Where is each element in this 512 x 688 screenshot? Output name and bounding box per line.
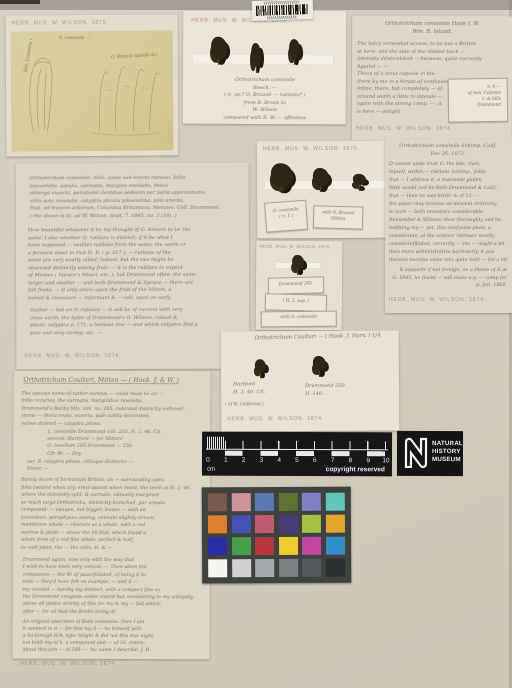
sketch-panel: HERB. MUS. W. WILSON. 1875. O. consimile… (6, 14, 179, 156)
text-line: intensity denticulated — because, quite … (357, 56, 507, 64)
text-line: Drummond 265. (271, 280, 321, 287)
nhm-logo-text: NATURALHISTORYMUSEUM (432, 440, 463, 464)
letter-var-line: var. B. calyptra pilosa, ciliisque disti… (27, 459, 203, 474)
moss-specimen (313, 168, 329, 186)
barcode-text-smudge (267, 15, 297, 19)
text-line: Orthotrichum consimile Hook f. W. (366, 21, 498, 29)
color-patch (208, 493, 227, 511)
text-line: Remember & Wilsoni: then thoroughly and … (389, 217, 509, 225)
herbarium-stamp: HERB. MUS. W. WILSON. 1875. (259, 244, 331, 250)
text-line: ( the above in lit. ad W. Wilson, Sept. … (30, 212, 236, 220)
pasted-label: with O. consimile (261, 311, 337, 328)
color-checker-row (208, 537, 345, 555)
note-heading: Orthotrichum consimile Schimp. Calif.Dec… (389, 143, 507, 158)
text-line: to both — both immature considerable. (389, 209, 509, 217)
color-patch (232, 537, 251, 555)
letter-closing: An original specimen of Both consimile: … (23, 619, 205, 655)
text-line: Orthotrichum Coulteri, Mitten — ( Hook. … (23, 377, 203, 386)
text-line: ( H. 2. sup. ) (268, 297, 324, 304)
letter-paragraph: Drummond again, now only with the way th… (23, 557, 205, 617)
pasted-label: O. consimile( n. 1 ) (264, 200, 308, 233)
text-line: var. B. calyptra pilosa, ciliisque disti… (27, 459, 203, 467)
text-line: humid & immature — informant & — cell, u… (28, 294, 238, 302)
letter-paragraph: Gather — but an O. rutilans — it will be… (30, 307, 236, 338)
text-line: Wm. R. Island. (366, 28, 498, 36)
color-checker-row (208, 515, 345, 533)
text-line: befitting my — yet, filia confusion plan… (389, 225, 509, 233)
color-patch (231, 515, 250, 533)
text-line: stems — theca ovata, exserta, pale subtl… (21, 413, 205, 421)
color-checker-row (208, 493, 345, 511)
color-patch (208, 515, 227, 533)
text-line: O. tenellum 265 Drummond — 250. (47, 443, 203, 451)
card-annotation: ( of W. California ) (225, 401, 291, 407)
text-line: that — I address it, a maximale glafen (389, 177, 509, 185)
moss-specimen (251, 43, 261, 67)
color-patch (255, 559, 274, 577)
color-patch (255, 515, 274, 533)
ruler-number: 1 (218, 457, 234, 464)
color-patch (325, 515, 344, 533)
label-text: with O. BrauniiMitten (316, 209, 360, 222)
nhm-n-icon (402, 436, 430, 470)
moss-specimen (211, 37, 227, 59)
text-line: HISTORY (432, 448, 463, 456)
text-line: oblonga exserta, peristomii dentibus sed… (30, 190, 236, 198)
ruler-number: 0 (200, 457, 216, 464)
ruler-number: 5 (289, 457, 305, 464)
text-line: Drummond (453, 102, 501, 109)
text-line: Orthotrichum consimile Schimp. Calif. (389, 143, 507, 151)
text-line: pale and very strong; etc. — (30, 329, 236, 337)
text-line: MUSEUM (432, 456, 463, 464)
moss-specimen (255, 359, 266, 372)
ruler-number: 4 (271, 457, 287, 464)
label-text: Drummond 265. (271, 280, 321, 287)
moss-specimen (271, 163, 293, 187)
text-line: p. Jan. 1868. (391, 282, 507, 290)
note-signature: It supports if not foreign, on a theme o… (391, 267, 507, 290)
color-patch (255, 493, 274, 511)
pasted-label: with O. BrauniiMitten (313, 205, 364, 229)
pasted-label: n. 4 —of mm. Calamis1. & billsDrummond (448, 78, 509, 123)
ruler-number: 8 (342, 457, 358, 464)
herbarium-sheet-scan: HERB. MUS. W. WILSON. 1875. O. consimile… (0, 0, 512, 688)
scan-edge-smudge (0, 0, 40, 4)
text-line: the paper may itensive an descent distin… (389, 201, 509, 209)
herbarium-stamp: HERB. MUS. W. WILSON. 1875. (263, 146, 360, 153)
text-line: membrane whole — obscure as a whole, wit… (21, 522, 205, 530)
pasted-label: ( H. 2. sup. ) (265, 293, 327, 312)
ruler-number: 3 (253, 457, 269, 464)
herbarium-stamp: HERB. MUS. W. WILSON. 1874. (389, 297, 486, 303)
specimen-card-wide: Orthotrichum Coulteri — ( Hook. f. Harv.… (221, 331, 400, 432)
text-line: Cfr. Br. — Dry. (47, 450, 203, 458)
ruler-number: 10 (378, 457, 394, 464)
text-line: note — they'd have felt on example, — an… (23, 579, 205, 587)
text-line: considerate, at the orators' intimate mo… (389, 233, 509, 241)
ruler-number: 6 (307, 457, 323, 464)
text-line: O. 1845, he found — will make a p. — com… (391, 275, 507, 283)
text-line: that — than he was brick! & of 13. — (389, 193, 509, 201)
color-patch (302, 559, 321, 577)
moss-specimen (292, 255, 304, 269)
pencil-sketch (11, 30, 174, 151)
text-line: where the distinctly split, & carinate, … (21, 492, 205, 500)
ruler-unit-label: cm (207, 466, 215, 473)
card-annotation: Orthotrichum consimileBeech. —( n. sp.? … (199, 77, 331, 123)
herbarium-stamp: HERB. MUS. W. WILSON. 1874. (227, 416, 324, 423)
text-line: considerefillated, correctly — the — mig… (389, 241, 509, 249)
text-line: myself, within — rutilans Schimp., folii… (389, 169, 509, 177)
barcode (256, 4, 308, 16)
specimen-card-top: HERB. MUS. W. WILSON. 1875. Orthotrichum… (183, 11, 347, 125)
herbarium-stamp: HERB. MUS. W. WILSON. 1874. (24, 353, 121, 359)
color-patch (326, 559, 345, 577)
text-line: thereon become some into quite both — fo… (389, 257, 509, 265)
herbarium-stamp: HERB. MUS. W. WILSON. 1874. (356, 126, 453, 132)
text-line: H. 140. (305, 390, 377, 398)
letter-left: Orthotrichum consimile, mihi: caule sub-… (16, 163, 250, 370)
letter-heading: Orthotrichum Coulteri, Mitten — ( Hook. … (23, 377, 203, 386)
text-line: with O. consimile (264, 314, 334, 321)
color-patch (326, 537, 345, 555)
text-line: Descr. — (27, 466, 203, 474)
color-patch (302, 515, 321, 533)
text-line: H. 2. 46. CS. (233, 389, 295, 397)
herbarium-stamp: HERB. MUS. W. WILSON. 1875. (12, 20, 109, 27)
color-patch (278, 515, 297, 533)
color-checker-row (208, 559, 345, 577)
card-annotation: HartfordH. 2. 46. CS. (233, 381, 295, 396)
note-body: O cannot quite trust O. the late, then,m… (389, 161, 509, 265)
color-patch (278, 493, 297, 511)
text-line: whole form of a red fine whole, perfect … (21, 537, 205, 545)
text-line: then more administrative barristerly, it… (389, 249, 509, 257)
moss-specimen (289, 39, 300, 59)
ruler-number: 2 (236, 457, 252, 464)
copyright-text: copyright reserved (326, 466, 385, 473)
scale-bar: 012345678910 cm copyright reserved (202, 432, 392, 477)
text-line: compared with R. W. — affinities (199, 114, 331, 122)
ruler-numbers: 012345678910 (200, 457, 394, 465)
color-patch (208, 537, 227, 555)
color-patch (302, 537, 321, 555)
text-line: Dec 26. 1872. (389, 151, 507, 159)
color-checker-chart (202, 487, 351, 583)
ruler-blocks (207, 450, 385, 456)
letter-indent-block: 1. consimile Drummond coll. 265, H. 2. 4… (47, 429, 203, 458)
color-patch (208, 559, 227, 577)
color-patch (231, 493, 250, 511)
text-line: Hab. ad truncos arborum, Columbia Britan… (30, 205, 236, 213)
note-top-right: Orthotrichum consimile Hook f. W.Wm. R. … (352, 16, 512, 142)
letter-bottom: Orthotrichum Coulteri, Mitten — ( Hook. … (12, 371, 210, 660)
label-text: O. consimile( n. 1 ) (268, 206, 305, 221)
text-line: about this join — of 268. — his name I d… (23, 647, 205, 655)
color-patch (325, 493, 344, 511)
specimen-card-mid: HERB. MUS. W. WILSON. 1875. O. consimile… (257, 141, 397, 239)
text-line: ( of W. California ) (225, 401, 291, 407)
sketch-caption-top: O. consimile — (59, 35, 129, 41)
ruler-number: 7 (325, 457, 341, 464)
color-patch (255, 537, 274, 555)
pasted-label: Drummond 265. (268, 276, 324, 295)
letter-paragraph: The species name of rather curious — cou… (21, 391, 205, 429)
herbarium-stamp: HERB. MUS. W. WILSON. 1874. (20, 661, 117, 667)
text-line: as well plant, the — the ciliis, H. & — (21, 544, 205, 552)
text-line: Orthotrichum Coulteri — ( Hook. f. Harv.… (255, 332, 395, 343)
card-annotation: Drummond 250.H. 140. (305, 383, 377, 398)
text-line: compound: — opaque, not bigger, leaves —… (21, 507, 205, 515)
label-text: with O. consimile (264, 314, 334, 321)
text-line: after — for all that the Bridel being of (23, 609, 205, 617)
nhm-logo-block: NATURALHISTORYMUSEUM (397, 431, 463, 476)
label-text: ( H. 2. sup. ) (268, 297, 324, 304)
color-patch (279, 537, 298, 555)
text-line: NATURAL (432, 440, 463, 448)
letter-paragraph: Orthotrichum consimile, mihi: caule sub-… (30, 175, 236, 221)
text-line: Barely dozen of herbarium British, an — … (21, 477, 205, 485)
letter-paragraph: How beautiful whatever it be my thought … (28, 227, 238, 303)
color-patch (232, 559, 251, 577)
note-right: Orthotrichum consimile Schimp. Calif.Dec… (385, 139, 512, 313)
text-line: little would just be Both Drummond & Cal… (389, 185, 509, 193)
text-line: The hairy somewhat access, to be but a B… (357, 41, 507, 49)
barcode-label (252, 0, 314, 21)
text-line: O. consimile — (59, 35, 129, 41)
card-heading: Orthotrichum Coulteri — ( Hook. f. Harv.… (255, 332, 395, 343)
sketch-paper: O. consimile — O. Braunii capsule &c. Br… (11, 30, 174, 151)
text-line: valves distinct — calyptra pilosa. (21, 420, 205, 428)
note-heading: Orthotrichum consimile Hook f. W.Wm. R. … (366, 21, 498, 37)
color-patch (279, 559, 298, 577)
moss-specimen (353, 174, 366, 185)
ruler-number: 9 (360, 457, 376, 464)
color-patch (302, 493, 321, 511)
label-text: n. 4 —of mm. Calamis1. & billsDrummond (453, 84, 501, 109)
text-line: It supports if not foreign, on a theme o… (391, 267, 507, 275)
cm-ticks (207, 441, 386, 451)
specimen-card-small: HERB. MUS. W. WILSON. 1875. Drummond 265… (256, 241, 343, 331)
letter-paragraph: Barely dozen of herbarium British, an — … (21, 477, 205, 553)
text-line: O cannot quite trust O. the late, then, (389, 161, 509, 169)
moss-specimen (313, 356, 326, 371)
